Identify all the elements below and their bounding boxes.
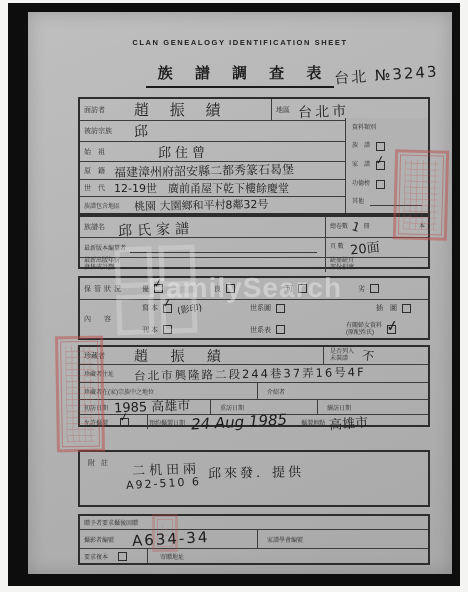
- ancestor-value: 邱住曾: [158, 142, 209, 161]
- missing-label-1: 缺冊缺頁: [330, 258, 428, 265]
- pages-cell: 頁 數 20面: [326, 238, 428, 257]
- archive-ghost-stamp: [114, 245, 197, 336]
- checkbox: [376, 180, 385, 189]
- film-place-label: 攝製地點: [297, 418, 325, 427]
- women-data-labels: 有關婦女資料 (原配姓氏): [346, 323, 382, 337]
- genealogy-name-label: 族譜名: [80, 222, 118, 232]
- option-label: 族 譜: [352, 143, 370, 150]
- film-date-label: 預約攝製日期: [145, 418, 185, 427]
- film-place-value: 高雄市: [329, 411, 369, 433]
- followup-visit-label: 續訪日期: [323, 403, 351, 412]
- content-option-women-data: 有關婦女資料 (原配姓氏) ✓: [346, 323, 396, 337]
- option-label: 功德榜: [352, 181, 370, 188]
- form-header-english: CLAN GENEALOGY IDENTIFICATION SHEET: [28, 38, 452, 47]
- film-date-value: 24 Aug 1985: [191, 410, 288, 433]
- clan-label: 被訪宗族: [80, 126, 134, 136]
- divider: [317, 400, 318, 414]
- listed-labels: 是否列入 未裝譜: [330, 349, 354, 363]
- checkbox: [402, 304, 411, 313]
- checkbox-checked: ✓: [387, 325, 396, 334]
- collector-value: 趙 振 績: [134, 346, 323, 366]
- origin-value: 福建漳州府詔安縣二都秀篆石曷堡: [114, 160, 294, 180]
- photographer-id-label: 攝影者編號: [80, 535, 132, 544]
- checkbox: [276, 325, 285, 334]
- red-seal-stamp-left: [55, 336, 105, 453]
- checkbox: [370, 284, 379, 293]
- region-label: 族譜包含地區: [80, 201, 134, 210]
- revisit-label: 重訪日期: [216, 403, 244, 412]
- first-visit-value: 1985 高雄市: [114, 395, 191, 417]
- content-option: 世系圖: [250, 303, 346, 313]
- pages-value: 20面: [349, 237, 380, 259]
- count-label: 總卷數: [330, 224, 348, 231]
- area-label: 地區: [272, 105, 298, 115]
- content-option: 插 圖: [376, 303, 411, 313]
- divider: [257, 530, 258, 548]
- section-clan-info: 面訪者 趙 振 績 地區 台北市 被訪宗族 邱 始 祖 邱住曾 原 籍 福建漳州…: [78, 97, 430, 215]
- table-row: 攝影者編號 A634-34 家譜學會編號: [80, 529, 428, 548]
- option-label: 其他: [352, 199, 364, 206]
- collector-position-label: 珍藏者在(家)宗族中之地位: [80, 387, 428, 396]
- notes-line-2: A92-510 6: [126, 475, 202, 492]
- notes-label: 附 註: [84, 458, 110, 468]
- section-collector: 珍藏者 趙 振 績 是否列入 未裝譜 不 珍藏者住址 台北市興隆路二段244巷3…: [78, 345, 430, 427]
- category-header: 資料類別: [352, 125, 422, 132]
- collector-addr-value: 台北市興隆路二段244巷37弄16号4F: [134, 363, 366, 383]
- divider: [147, 549, 148, 563]
- request-copy-label: 要求複本: [80, 552, 118, 561]
- section-filming: 贈予者要求攝後回贈 攝影者編號 A634-34 家譜學會編號 要求複本 寄贈地址: [78, 514, 430, 565]
- table-row: 面訪者 趙 振 績 地區 台北市: [80, 99, 428, 120]
- notes-line-3: 邱來發．提供: [208, 461, 304, 482]
- missing-label-stack: 缺冊缺頁 部份損壞: [326, 258, 428, 272]
- listed-cell: 是否列入 未裝譜 不: [324, 347, 428, 364]
- section-notes: 附 註 二机田兩 A92-510 6 邱來發．提供: [78, 450, 430, 507]
- checkbox-checked: ✓: [376, 161, 385, 170]
- listed-value: 不: [361, 346, 375, 365]
- divider: [147, 415, 148, 429]
- red-seal-stamp-right: [393, 149, 449, 240]
- table-row: 贈予者要求攝後回贈: [80, 516, 428, 529]
- ancestor-label: 始 祖: [80, 147, 134, 157]
- checkbox: [376, 142, 385, 151]
- table-row: 族譜名 邱氏家譜 總卷數 1 冊 本: [80, 217, 428, 237]
- pages-label: 頁 數: [330, 244, 344, 251]
- content-option: 世系表: [250, 325, 346, 335]
- photographer-id-value: A634-34: [132, 528, 210, 550]
- checkbox-checked: ✓: [120, 418, 129, 427]
- checkbox: [276, 304, 285, 313]
- generations-label: 世 代: [80, 183, 114, 193]
- table-row: 珍藏者 趙 振 績 是否列入 未裝譜 不: [80, 347, 428, 364]
- count-unit: 冊: [364, 224, 370, 231]
- generations-value: 12-19世 廣前甬屋下乾下樓餘慶堂: [114, 180, 289, 196]
- interviewer-label: 面訪者: [80, 105, 134, 115]
- interviewer-value: 趙 振 績: [134, 99, 271, 120]
- clan-value: 邱: [133, 121, 148, 142]
- region-value: 桃園 大園鄉和平村8鄰32号: [134, 196, 269, 214]
- send-address-label: 寄贈地址: [156, 552, 184, 561]
- table-row: 珍藏者住址 台北市興隆路二段244巷37弄16号4F: [80, 364, 428, 382]
- scanned-genealogy-sheet: CLAN GENEALOGY IDENTIFICATION SHEET 族 譜 …: [0, 0, 468, 592]
- divider: [257, 383, 258, 399]
- gift-note-label: 贈予者要求攝後回贈: [80, 518, 138, 527]
- count-value: 1: [350, 219, 362, 235]
- divider: [210, 400, 211, 414]
- table-row: 要求複本 寄贈地址: [80, 548, 428, 563]
- condition-option: 劣: [358, 284, 379, 294]
- table-row: 允許攝製 ✓ 預約攝製日期 24 Aug 1985 攝製地點 高雄市: [80, 414, 428, 429]
- origin-label: 原 籍: [80, 166, 114, 176]
- society-id-label: 家譜學會編號: [263, 535, 303, 544]
- introducer-label: 介紹者: [263, 387, 285, 396]
- checkbox: [118, 552, 127, 561]
- option-label: 家 譜: [352, 162, 370, 169]
- form-title: 族 譜 調 查 表: [146, 62, 335, 88]
- missing-label-2: 部份損壞: [330, 265, 428, 272]
